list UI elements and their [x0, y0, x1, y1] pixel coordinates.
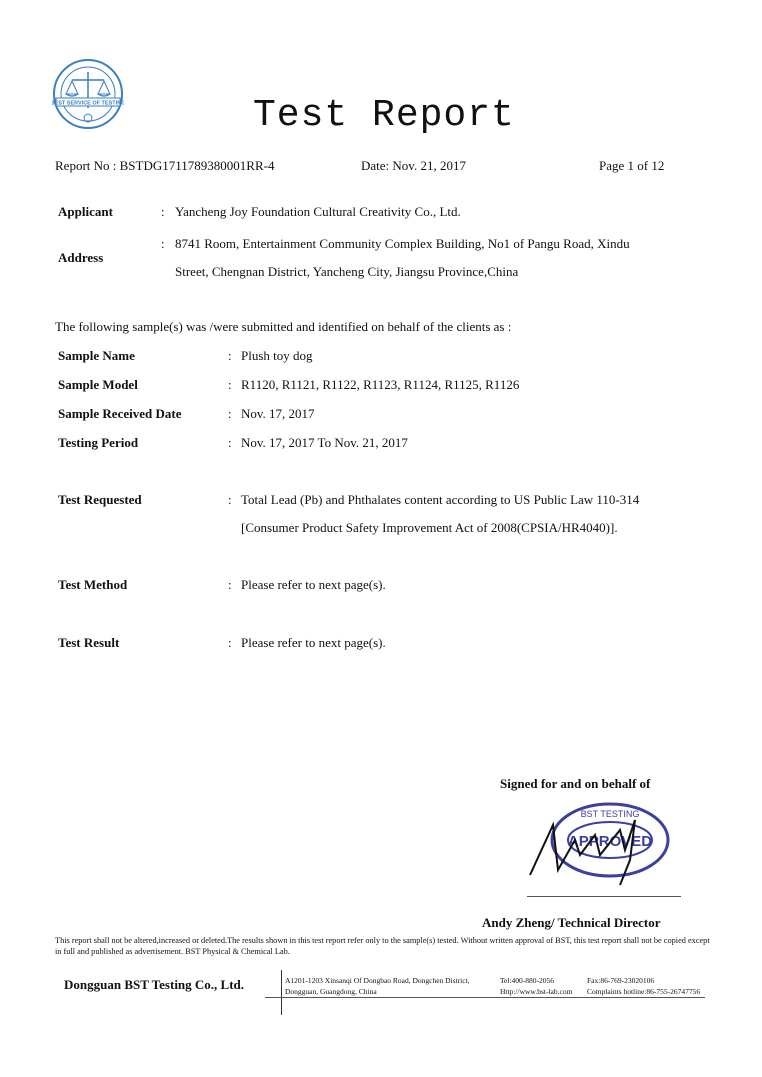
disclaimer-text: This report shall not be altered,increas… [55, 935, 715, 957]
address-line-2: Street, Chengnan District, Yancheng City… [175, 264, 518, 280]
intro-text: The following sample(s) was /were submit… [55, 319, 511, 335]
footer-address-line-2: Dongguan, Guangdong, China [285, 986, 377, 997]
colon: : [161, 236, 165, 252]
footer-website-link[interactable]: Http://www.bst-lab.com [500, 986, 572, 997]
sample-model-label: Sample Model [58, 377, 138, 393]
footer-company-name: Dongguan BST Testing Co., Ltd. [64, 977, 244, 993]
signed-for-label: Signed for and on behalf of [500, 776, 650, 792]
footer-fax: Fax:86-769-23020106 [587, 975, 654, 986]
page-number: Page 1 of 12 [599, 158, 664, 174]
colon: : [228, 577, 232, 593]
svg-text:BST TESTING: BST TESTING [581, 809, 640, 819]
test-method-value: Please refer to next page(s). [241, 577, 386, 593]
colon: : [228, 435, 232, 451]
colon: : [228, 406, 232, 422]
address-label: Address [58, 250, 103, 266]
report-title: Test Report [253, 94, 515, 137]
address-line-1: 8741 Room, Entertainment Community Compl… [175, 236, 630, 252]
footer-hotline: Complaints hotline:86-755-26747756 [587, 986, 700, 997]
test-requested-label: Test Requested [58, 492, 142, 508]
colon: : [161, 204, 165, 220]
applicant-value: Yancheng Joy Foundation Cultural Creativ… [175, 204, 461, 220]
sample-received-date-value: Nov. 17, 2017 [241, 406, 315, 422]
testing-period-value: Nov. 17, 2017 To Nov. 21, 2017 [241, 435, 408, 451]
report-date: Date: Nov. 21, 2017 [361, 158, 466, 174]
report-number: Report No : BSTDG1711789380001RR-4 [55, 158, 274, 174]
signature-line [527, 896, 681, 897]
footer-divider-horizontal [265, 997, 705, 998]
footer-address-line-1: A1201-1203 Xinsanqi Of Dongbao Road, Don… [285, 975, 470, 986]
testing-period-label: Testing Period [58, 435, 138, 451]
footer-divider-vertical [281, 970, 282, 1015]
applicant-label: Applicant [58, 204, 113, 220]
sample-model-value: R1120, R1121, R1122, R1123, R1124, R1125… [241, 377, 519, 393]
footer-tel: Tel:400-880-2056 [500, 975, 554, 986]
approved-stamp-and-signature: APPROVED BST TESTING [525, 800, 675, 895]
sample-name-label: Sample Name [58, 348, 135, 364]
sample-name-value: Plush toy dog [241, 348, 313, 364]
colon: : [228, 492, 232, 508]
bst-logo: BEST SERVICE OF TESTING [52, 58, 124, 130]
colon: : [228, 635, 232, 651]
sample-received-date-label: Sample Received Date [58, 406, 181, 422]
colon: : [228, 348, 232, 364]
signatory-name: Andy Zheng/ Technical Director [482, 915, 661, 931]
test-requested-line-1: Total Lead (Pb) and Phthalates content a… [241, 492, 639, 508]
test-result-label: Test Result [58, 635, 119, 651]
test-requested-line-2: [Consumer Product Safety Improvement Act… [241, 520, 618, 536]
svg-text:BEST SERVICE OF TESTING: BEST SERVICE OF TESTING [52, 101, 124, 107]
test-result-value: Please refer to next page(s). [241, 635, 386, 651]
colon: : [228, 377, 232, 393]
test-method-label: Test Method [58, 577, 127, 593]
